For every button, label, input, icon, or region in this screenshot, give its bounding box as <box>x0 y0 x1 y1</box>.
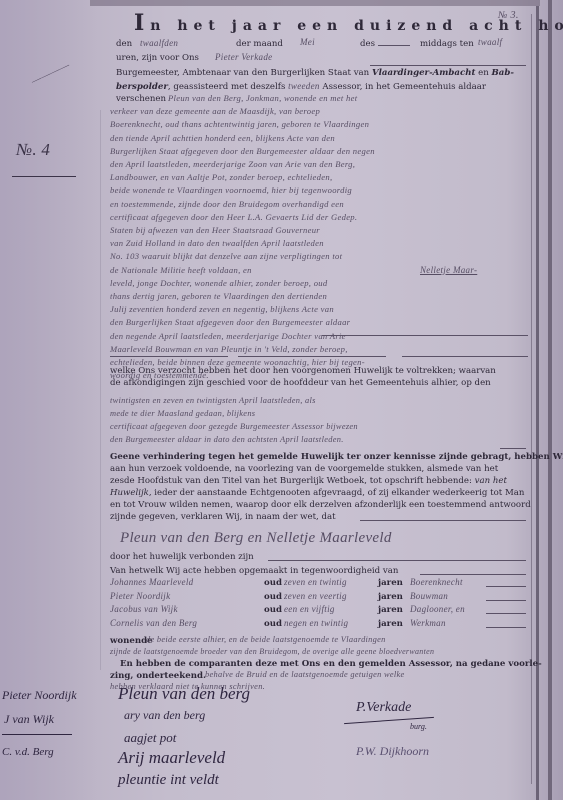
signature-cvd-berg: C. v.d. Berg <box>2 746 54 758</box>
office-text: Burgemeester, Ambtenaar van den Burgerli… <box>116 68 372 78</box>
witness-name: Johannes Maarleveld <box>110 577 193 587</box>
margin-rule <box>100 110 101 670</box>
witness-occupation: Boerenknecht <box>410 577 463 587</box>
den-label: den <box>116 39 132 50</box>
consent-title: van het <box>475 476 507 486</box>
office-text: , geassisteerd met deszelfs <box>168 82 286 92</box>
blank-line <box>370 65 526 66</box>
consent-text: , ieder der aanstaande Echtgenooten afge… <box>149 488 525 498</box>
signature-assessor: P.W. Dijkhoorn <box>356 744 429 759</box>
consent-line-6: zijnde gegeven, verklaren Wij, in naam d… <box>110 512 336 523</box>
blank-line <box>486 613 526 614</box>
blank-line <box>378 45 410 46</box>
proclamation-line-4: den Burgemeester aldaar in dato den acht… <box>110 435 344 444</box>
bride-line-3: Julij zeventien honderd zeven en negenti… <box>110 304 334 314</box>
consent-line-5: en tot Vrouw wilden nemen, waarop door e… <box>110 500 531 511</box>
groom-line-1: Pleun van den Berg, Jonkman, wonende en … <box>168 93 357 103</box>
groom-line-10: certificaat afgegeven door den Heer L.A.… <box>110 212 357 222</box>
closing-line-2: zing, onderteekend. <box>110 671 206 682</box>
signature-flourish <box>2 734 72 735</box>
act-number-underline <box>12 176 76 177</box>
drop-cap: I <box>134 10 150 36</box>
signature-mother-groom: aagjet pot <box>124 730 176 746</box>
closing-hand-1: behalve de Bruid en de laatstgenoemde ge… <box>205 670 405 679</box>
des-label: des <box>360 39 375 50</box>
groom-line-4: den tiende April achttien honderd een, b… <box>110 133 335 143</box>
midday-label: middags ten <box>420 39 474 50</box>
closing-line-1: En hebben de comparanten deze met Ons en… <box>120 659 542 670</box>
witness-age: negen en twintig <box>284 618 348 628</box>
witness-age: een en vijftig <box>284 604 335 614</box>
jaren-label: jaren <box>378 592 403 603</box>
blank-line <box>110 356 228 357</box>
facing-page-bleed <box>0 0 100 800</box>
blank-line <box>486 627 526 628</box>
bride-line-5: den negende April laatstleden, meerderja… <box>110 331 346 341</box>
signature-noordijk: Pieter Noordijk <box>2 688 77 703</box>
blank-line <box>268 560 526 561</box>
blank-line <box>420 574 526 575</box>
groom-line-8: beide wonende te Vlaardingen voornoemd, … <box>110 185 352 195</box>
witness-age: zeven en veertig <box>284 591 347 601</box>
month-field: Mei <box>300 37 315 47</box>
office-line-1: Burgemeester, Ambtenaar van den Burgerli… <box>116 68 514 79</box>
document-page: ―――― №. 4 № 3. In het jaar een duizend a… <box>0 0 563 800</box>
consent-line-4: Huwelijk, ieder der aanstaande Echtgenoo… <box>110 488 524 499</box>
bride-line-4: den Burgerlijken Staat afgegeven door de… <box>110 317 350 327</box>
jaren-label: jaren <box>378 578 403 589</box>
groom-line-5: Burgerlijken Staat afgegeven door den Bu… <box>110 146 375 156</box>
signature-groom: Pleun van den berg <box>118 684 250 704</box>
month-label: der maand <box>236 39 283 50</box>
signature-van-wijk: J van Wijk <box>4 712 54 727</box>
witness-occupation: Werkman <box>410 618 446 628</box>
witness-intro: Van hetwelk Wij acte hebben opgemaakt in… <box>110 566 398 577</box>
witness-name: Cornelis van den Berg <box>110 618 197 628</box>
office-line-2: berspolder, geassisteerd met deszelfs tw… <box>116 81 486 93</box>
blank-line <box>486 600 526 601</box>
signature-burgemeester: P.Verkade <box>356 700 411 716</box>
groom-line-11: Staten bij afwezen van den Heer Staatsra… <box>110 225 320 235</box>
place-name: Vlaardinger-Ambacht <box>372 68 475 78</box>
headline: In het jaar een duizend acht honderd ach… <box>134 18 563 32</box>
page-top-edge <box>90 0 540 6</box>
bride-line-2: thans dertig jaren, geboren te Vlaarding… <box>110 291 327 301</box>
consent-line-2: aan hun verzoek voldoende, na voorlezing… <box>110 464 498 475</box>
wonende-line-1: de beide eerste alhier, en de beide laat… <box>146 635 386 644</box>
groom-line-7: Landbouwer, en van Aaltje Pot, zonder be… <box>110 172 332 182</box>
united-label: door het huwelijk verbonden zijn <box>110 552 254 563</box>
bride-line-6: Maarleveld Bouwman en van Pleuntje in 't… <box>110 344 348 354</box>
bride-name: Nelletje Maar- <box>420 265 477 275</box>
hour-field: twaalf <box>478 37 502 47</box>
wonende-line-2: zijnde de laatstgenoemde broeder van den… <box>110 647 434 656</box>
consent-text: zesde Hoofdstuk van den Titel van het Bu… <box>110 476 472 486</box>
blank-line <box>238 356 386 357</box>
witness-name: Pieter Noordijk <box>110 591 170 601</box>
binding-edge <box>536 6 539 800</box>
act-number: №. 4 <box>16 140 50 160</box>
bride-line-1: leveld, jonge Dochter, wonende alhier, z… <box>110 278 328 288</box>
signature-title: burg. <box>410 722 427 731</box>
oud-label: oud <box>264 592 282 603</box>
proclamation-line-2: mede te dier Maasland gedaan, blijkens <box>110 409 255 418</box>
oud-label: oud <box>264 578 282 589</box>
groom-line-3: Boerenknecht, oud thans achtentwintig ja… <box>110 119 369 129</box>
consent-title: Huwelijk <box>110 488 149 498</box>
groom-line-2: verkeer van deze gemeente aan de Maasdij… <box>110 106 320 116</box>
jaren-label: jaren <box>378 619 403 630</box>
signature-father-groom: ary van den berg <box>124 708 205 723</box>
consent-line-1: Geene verhindering tegen het gemelde Huw… <box>110 452 563 463</box>
oud-label: oud <box>264 619 282 630</box>
uren-label: uren, zijn voor Ons <box>116 53 199 64</box>
proclamation-line-1: twintigsten en zeven en twintigsten Apri… <box>110 396 316 405</box>
witness-occupation: Daglooner, en <box>410 604 465 614</box>
groom-line-12: van Zuid Holland in dato den twaalfden A… <box>110 238 324 248</box>
oud-label: oud <box>264 605 282 616</box>
request-line-1: welke Ons verzocht hebben het door hen v… <box>110 366 496 377</box>
groom-line-14: de Nationale Militie heeft voldaan, en <box>110 265 252 275</box>
proclamation-line-3: certificaat afgegeven door gezegde Burge… <box>110 422 358 431</box>
binding-shadow <box>548 0 552 800</box>
verschenen-label: verschenen <box>116 94 166 105</box>
consent-line-3: zesde Hoofdstuk van den Titel van het Bu… <box>110 476 507 487</box>
witness-name: Jacobus van Wijk <box>110 604 178 614</box>
signature-father-bride: Arij maarleveld <box>118 748 225 768</box>
place-name: Bab- <box>492 68 514 78</box>
blank-line <box>322 335 528 336</box>
groom-line-9: en toestemmende, zijnde door den Bruideg… <box>110 199 344 209</box>
office-text: Assessor, in het Gemeentehuis aldaar <box>322 82 486 92</box>
request-line-2: de afkondigingen zijn geschied voor de h… <box>110 378 491 389</box>
assessor-field: tweeden <box>288 81 320 91</box>
groom-line-6: den April laatstleden, meerderjarige Zoo… <box>110 159 355 169</box>
blank-line <box>360 520 526 521</box>
couple-names: Pleun van den Berg en Nelletje Maarlevel… <box>120 530 392 547</box>
place-name: berspolder <box>116 82 168 92</box>
witness-occupation: Bouwman <box>410 591 448 601</box>
jaren-label: jaren <box>378 605 403 616</box>
day-field: twaalfden <box>140 38 178 48</box>
witness-age: zeven en twintig <box>284 577 347 587</box>
blank-line <box>486 586 526 587</box>
signature-mother-bride: pleuntie int veldt <box>118 772 219 789</box>
official-field: Pieter Verkade <box>215 52 272 62</box>
office-text: en <box>475 68 491 78</box>
blank-line <box>500 448 526 449</box>
groom-line-13: No. 103 waaruit blijkt dat denzelve aan … <box>110 251 342 261</box>
blank-line <box>402 356 528 357</box>
headline-text: n het jaar een duizend acht honderd acht… <box>150 18 563 34</box>
